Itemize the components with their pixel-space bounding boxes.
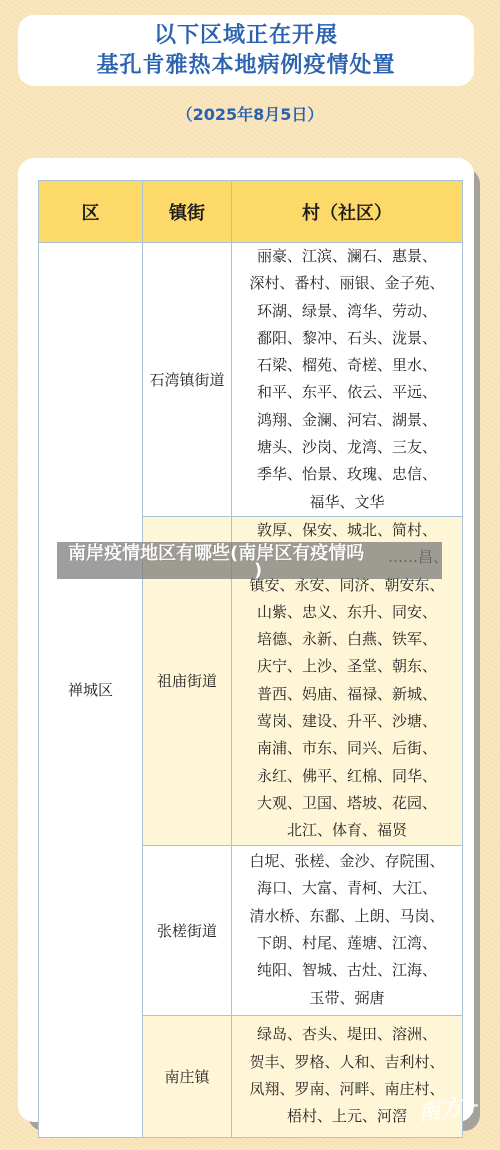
village-line: 石梁、榴苑、奇槎、里水、 bbox=[232, 352, 462, 379]
banner-line-2: ) bbox=[68, 562, 438, 579]
village-line: 白坭、张槎、金沙、存院围、 bbox=[232, 848, 462, 875]
table-header-row: 区 镇街 村（社区） bbox=[39, 181, 463, 243]
village-line: 庆宁、上沙、圣堂、朝东、 bbox=[232, 653, 462, 680]
village-line: 南浦、市东、同兴、后街、 bbox=[232, 735, 462, 762]
village-line: 敦厚、保安、城北、简村、 bbox=[232, 517, 462, 544]
village-line: 鸿翔、金澜、河宕、湖景、 bbox=[232, 407, 462, 434]
village-line: 塘头、沙岗、龙湾、三友、 bbox=[232, 434, 462, 461]
village-line: 季华、怡景、玫瑰、忠信、 bbox=[232, 461, 462, 488]
village-line: 深村、番村、丽银、金子苑、 bbox=[232, 270, 462, 297]
village-line: 和平、东平、依云、平远、 bbox=[232, 379, 462, 406]
villages-cell: 白坭、张槎、金沙、存院围、 海口、大富、青柯、大江、 清水桥、东鄱、上朗、马岗、… bbox=[232, 845, 463, 1015]
village-line: 山紫、忠义、东升、同安、 bbox=[232, 599, 462, 626]
village-line: 鄱阳、黎冲、石头、泷景、 bbox=[232, 325, 462, 352]
village-line: 海口、大富、青柯、大江、 bbox=[232, 875, 462, 902]
affected-areas-table: 区 镇街 村（社区） 禅城区 石湾镇街道 丽豪、江滨、澜石、惠景、 深村、番村、… bbox=[38, 180, 463, 1138]
village-line: 环湖、绿景、湾华、劳动、 bbox=[232, 298, 462, 325]
village-line: 莺岗、建设、升平、沙塘、 bbox=[232, 708, 462, 735]
village-line: 玉带、弼唐 bbox=[232, 985, 462, 1012]
village-line: 纯阳、智城、古灶、江海、 bbox=[232, 957, 462, 984]
title-card: 以下区域正在开展 基孔肯雅热本地病例疫情处置 bbox=[18, 15, 474, 86]
column-header-village: 村（社区） bbox=[232, 181, 463, 243]
title-line-1: 以下区域正在开展 bbox=[154, 21, 338, 51]
district-cell: 禅城区 bbox=[39, 243, 143, 1138]
village-line: 福华、文华 bbox=[232, 489, 462, 516]
title-line-2: 基孔肯雅热本地病例疫情处置 bbox=[96, 51, 395, 81]
village-line: 普西、妈庙、福禄、新城、 bbox=[232, 681, 462, 708]
village-line: 培德、永新、白燕、铁军、 bbox=[232, 626, 462, 653]
villages-cell: 丽豪、江滨、澜石、惠景、 深村、番村、丽银、金子苑、 环湖、绿景、湾华、劳动、 … bbox=[232, 243, 463, 517]
village-line: 永红、佛平、红棉、同华、 bbox=[232, 763, 462, 790]
village-line: 下朗、村尾、莲塘、江湾、 bbox=[232, 930, 462, 957]
village-line: 大观、卫国、塔坡、花园、 bbox=[232, 790, 462, 817]
village-line: 绿岛、杏头、堤田、溶洲、 bbox=[232, 1021, 462, 1048]
village-line: 贺丰、罗格、人和、吉利村、 bbox=[232, 1049, 462, 1076]
date-label: （2025年8月5日） bbox=[0, 102, 500, 125]
village-line: 北江、体育、福贤 bbox=[232, 817, 462, 844]
banner-line-1: 南岸疫情地区有哪些(南岸区有疫情吗 bbox=[68, 545, 438, 562]
town-cell: 南庄镇 bbox=[143, 1015, 232, 1137]
column-header-town: 镇街 bbox=[143, 181, 232, 243]
village-line: 丽豪、江滨、澜石、惠景、 bbox=[232, 243, 462, 270]
column-header-district: 区 bbox=[39, 181, 143, 243]
town-cell: 石湾镇街道 bbox=[143, 243, 232, 517]
town-cell: 张槎街道 bbox=[143, 845, 232, 1015]
overlay-banner-text: 南岸疫情地区有哪些(南岸区有疫情吗 ) bbox=[68, 545, 438, 579]
village-line: 清水桥、东鄱、上朗、马岗、 bbox=[232, 903, 462, 930]
table-row: 禅城区 石湾镇街道 丽豪、江滨、澜石、惠景、 深村、番村、丽银、金子苑、 环湖、… bbox=[39, 243, 463, 517]
